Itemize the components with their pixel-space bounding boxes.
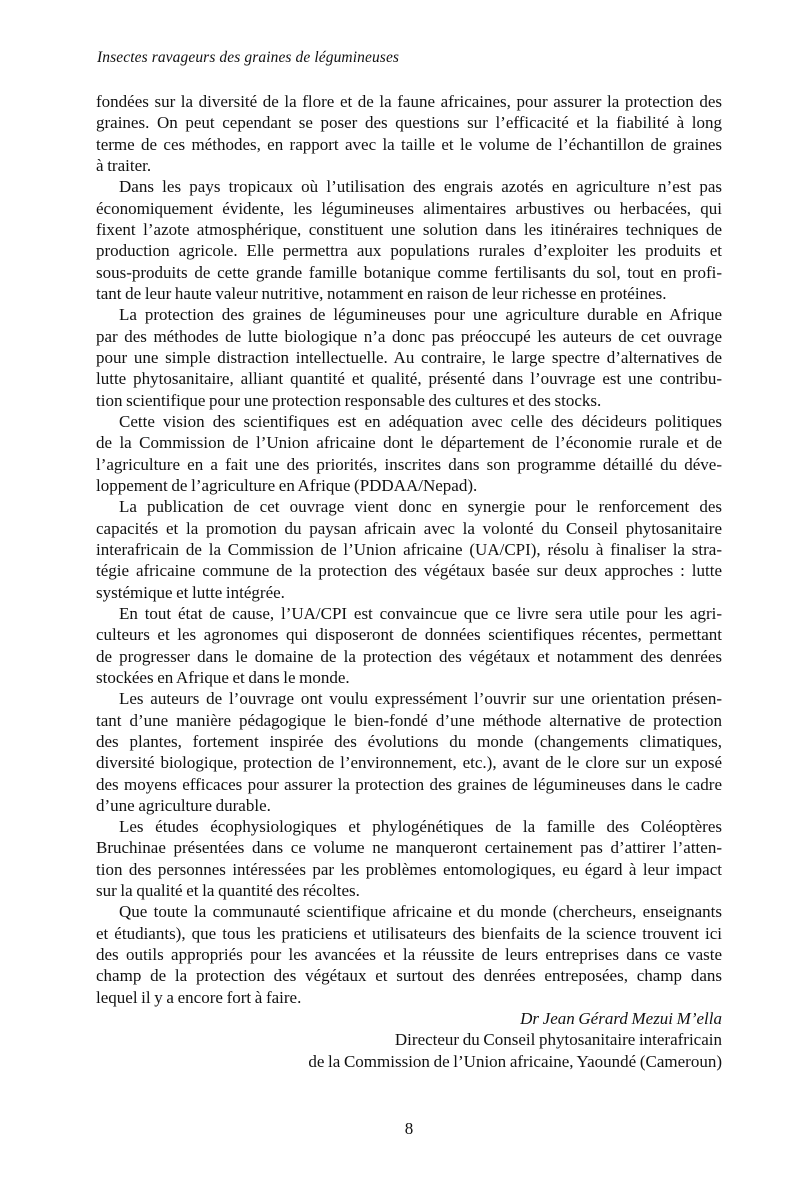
text-line: culteurs et les agronomes qui disposeron… [96, 624, 722, 645]
page-number: 8 [96, 1119, 722, 1139]
text-line: d’une agriculture durable. [96, 795, 722, 816]
book-page: Insectes ravageurs des graines de légumi… [0, 0, 800, 1200]
paragraphs-container: fondées sur la diversité de la flore et … [96, 91, 722, 1008]
text-line: production agricole. Elle permettra aux … [96, 240, 722, 261]
text-line: lequel il y a encore fort à faire. [96, 987, 722, 1008]
paragraph: La publication de cet ouvrage vient donc… [96, 496, 722, 603]
text-line: La protection des graines de légumineuse… [96, 304, 722, 325]
text-line: de progresser dans le domaine de la prot… [96, 646, 722, 667]
text-line: Cette vision des scientifiques est en ad… [96, 411, 722, 432]
text-line: lutte phytosanitaire, alliant quantité e… [96, 368, 722, 389]
text-line: économiquement évidente, les légumineuse… [96, 198, 722, 219]
text-line: interafricain de la Commission de l’Unio… [96, 539, 722, 560]
text-line: pour une simple distraction intellectuel… [96, 347, 722, 368]
text-line: tégie africaine commune de la protection… [96, 560, 722, 581]
text-line: fixent l’azote atmosphérique, constituen… [96, 219, 722, 240]
text-line: tant d’une manière pédagogique le bien-f… [96, 710, 722, 731]
text-line: à traiter. [96, 155, 722, 176]
signature-role: Directeur du Conseil phytosanitaire inte… [96, 1029, 722, 1050]
paragraph: Cette vision des scientifiques est en ad… [96, 411, 722, 496]
text-line: terme de ces méthodes, en rapport avec l… [96, 134, 722, 155]
text-line: Dans les pays tropicaux où l’utilisation… [96, 176, 722, 197]
text-line: graines. On peut cependant se poser des … [96, 112, 722, 133]
paragraph: Les auteurs de l’ouvrage ont voulu expre… [96, 688, 722, 816]
text-block: fondées sur la diversité de la flore et … [96, 91, 722, 1072]
signature-name: Dr Jean Gérard Mezui M’ella [96, 1008, 722, 1029]
text-line: sur la qualité et la quantité des récolt… [96, 880, 722, 901]
text-line: tant de leur haute valeur nutritive, not… [96, 283, 722, 304]
text-line: Les études écophysiologiques et phylogén… [96, 816, 722, 837]
text-line: systémique et lutte intégrée. [96, 582, 722, 603]
paragraph: La protection des graines de légumineuse… [96, 304, 722, 411]
text-line: tion des personnes intéressées par les p… [96, 859, 722, 880]
text-line: tion scientifique pour une protection re… [96, 390, 722, 411]
text-line: Que toute la communauté scientifique afr… [96, 901, 722, 922]
text-line: de la Commission de l’Union africaine do… [96, 432, 722, 453]
text-line: champ de la protection des végétaux et s… [96, 965, 722, 986]
paragraph: Dans les pays tropicaux où l’utilisation… [96, 176, 722, 304]
text-line: l’agriculture en a fait une des priorité… [96, 454, 722, 475]
text-line: La publication de cet ouvrage vient donc… [96, 496, 722, 517]
text-line: des plantes, fortement inspirée des évol… [96, 731, 722, 752]
text-line: des moyens efficaces pour assurer la pro… [96, 774, 722, 795]
text-line: capacités et la promotion du paysan afri… [96, 518, 722, 539]
text-line: fondées sur la diversité de la flore et … [96, 91, 722, 112]
text-line: et étudiants), que tous les praticiens e… [96, 923, 722, 944]
text-line: stockées en Afrique et dans le monde. [96, 667, 722, 688]
text-line: des outils appropriés pour les avancées … [96, 944, 722, 965]
paragraph: Que toute la communauté scientifique afr… [96, 901, 722, 1008]
running-header: Insectes ravageurs des graines de légumi… [97, 49, 399, 67]
text-line: diversité biologique, protection de l’en… [96, 752, 722, 773]
text-line: Les auteurs de l’ouvrage ont voulu expre… [96, 688, 722, 709]
paragraph: Les études écophysiologiques et phylogén… [96, 816, 722, 901]
text-line: Bruchinae présentées dans ce volume ne m… [96, 837, 722, 858]
paragraph: En tout état de cause, l’UA/CPI est conv… [96, 603, 722, 688]
text-line: sous-produits de cette grande famille bo… [96, 262, 722, 283]
text-line: loppement de l’agriculture en Afrique (P… [96, 475, 722, 496]
signature-block: Dr Jean Gérard Mezui M’ella Directeur du… [96, 1008, 722, 1072]
text-line: par des méthodes de lutte biologique n’a… [96, 326, 722, 347]
paragraph: fondées sur la diversité de la flore et … [96, 91, 722, 176]
text-line: En tout état de cause, l’UA/CPI est conv… [96, 603, 722, 624]
signature-organization: de la Commission de l’Union africaine, Y… [96, 1051, 722, 1072]
